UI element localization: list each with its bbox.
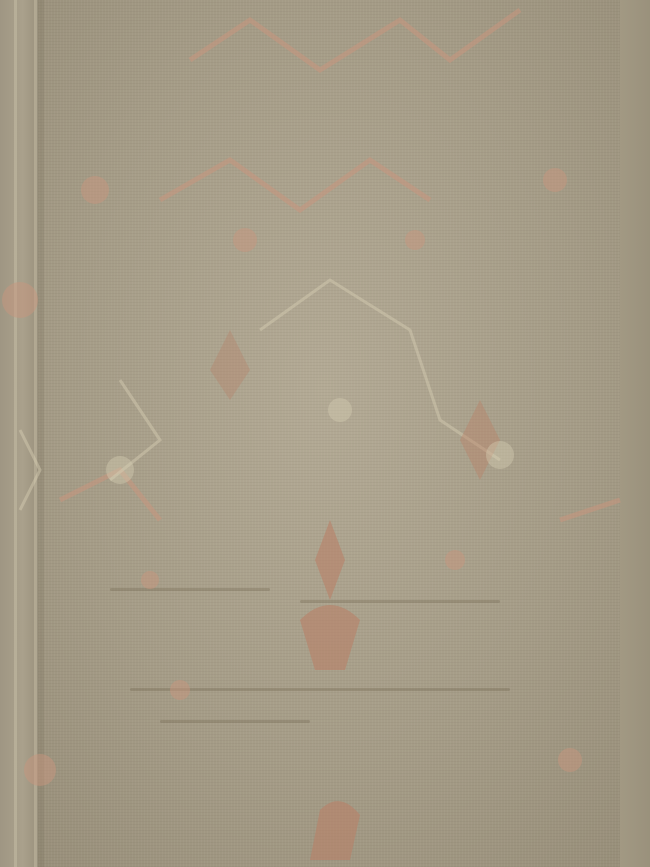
rug-motifs [0, 0, 650, 867]
rug-photo [0, 0, 650, 867]
